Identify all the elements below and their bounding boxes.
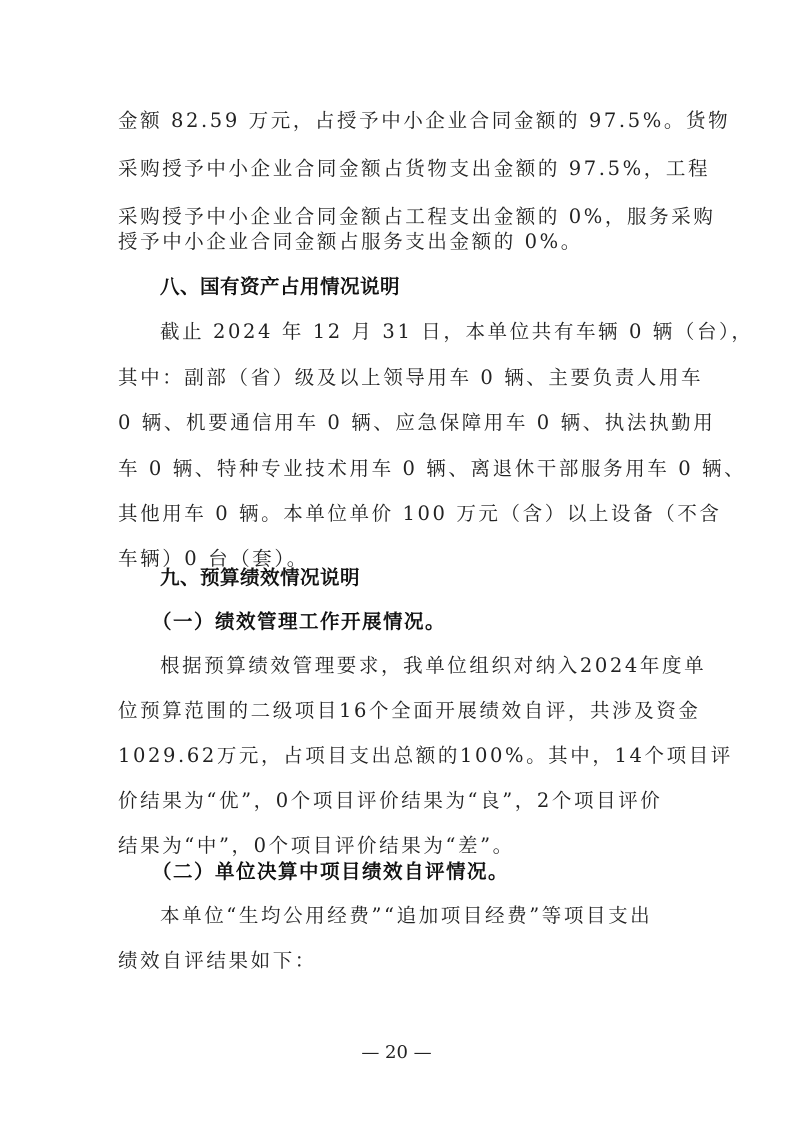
section-heading-9: 九、预算绩效情况说明 [160,564,674,592]
paragraph-line: 采购授予中小企业合同金额占货物支出金额的 97.5%，工程 [118,155,674,183]
paragraph-line: 根据预算绩效管理要求，我单位组织对纳入2024年度单 [160,652,674,680]
paragraph-line: 0 辆、机要通信用车 0 辆、应急保障用车 0 辆、执法执勤用 [118,409,674,437]
section-heading-8: 八、国有资产占用情况说明 [160,273,674,301]
paragraph-line: 其中：副部（省）级及以上领导用车 0 辆、主要负责人用车 [118,364,674,392]
document-page: 金额 82.59 万元，占授予中小企业合同金额的 97.5%。货物 采购授予中小… [0,0,793,1122]
subsection-heading-1: （一）绩效管理工作开展情况。 [152,608,708,636]
paragraph-line: 其他用车 0 辆。本单位单价 100 万元（含）以上设备（不含 [118,500,674,528]
paragraph-line: 价结果为“优”，0个项目评价结果为“良”，2个项目评价 [118,787,674,815]
paragraph-line: 结果为“中”，0个项目评价结果为“差”。 [118,832,674,860]
paragraph-line: 绩效自评结果如下： [118,947,674,975]
paragraph-line: 位预算范围的二级项目16个全面开展绩效自评，共涉及资金 [118,697,674,725]
page-number: — 20 — [0,1042,793,1063]
paragraph-line: 1029.62万元，占项目支出总额的100%。其中，14个项目评 [118,742,674,770]
paragraph-line: 采购授予中小企业合同金额占工程支出金额的 0%，服务采购 [118,203,674,231]
paragraph-line: 授予中小企业合同金额占服务支出金额的 0%。 [118,228,674,256]
paragraph-line: 截止 2024 年 12 月 31 日，本单位共有车辆 0 辆（台）， [160,318,674,346]
paragraph-line: 车 0 辆、特种专业技术用车 0 辆、离退休干部服务用车 0 辆、 [118,455,674,483]
paragraph-line: 本单位“生均公用经费”“追加项目经费”等项目支出 [160,902,674,930]
paragraph-line: 金额 82.59 万元，占授予中小企业合同金额的 97.5%。货物 [118,107,674,135]
subsection-heading-2: （二）单位决算中项目绩效自评情况。 [152,858,708,886]
